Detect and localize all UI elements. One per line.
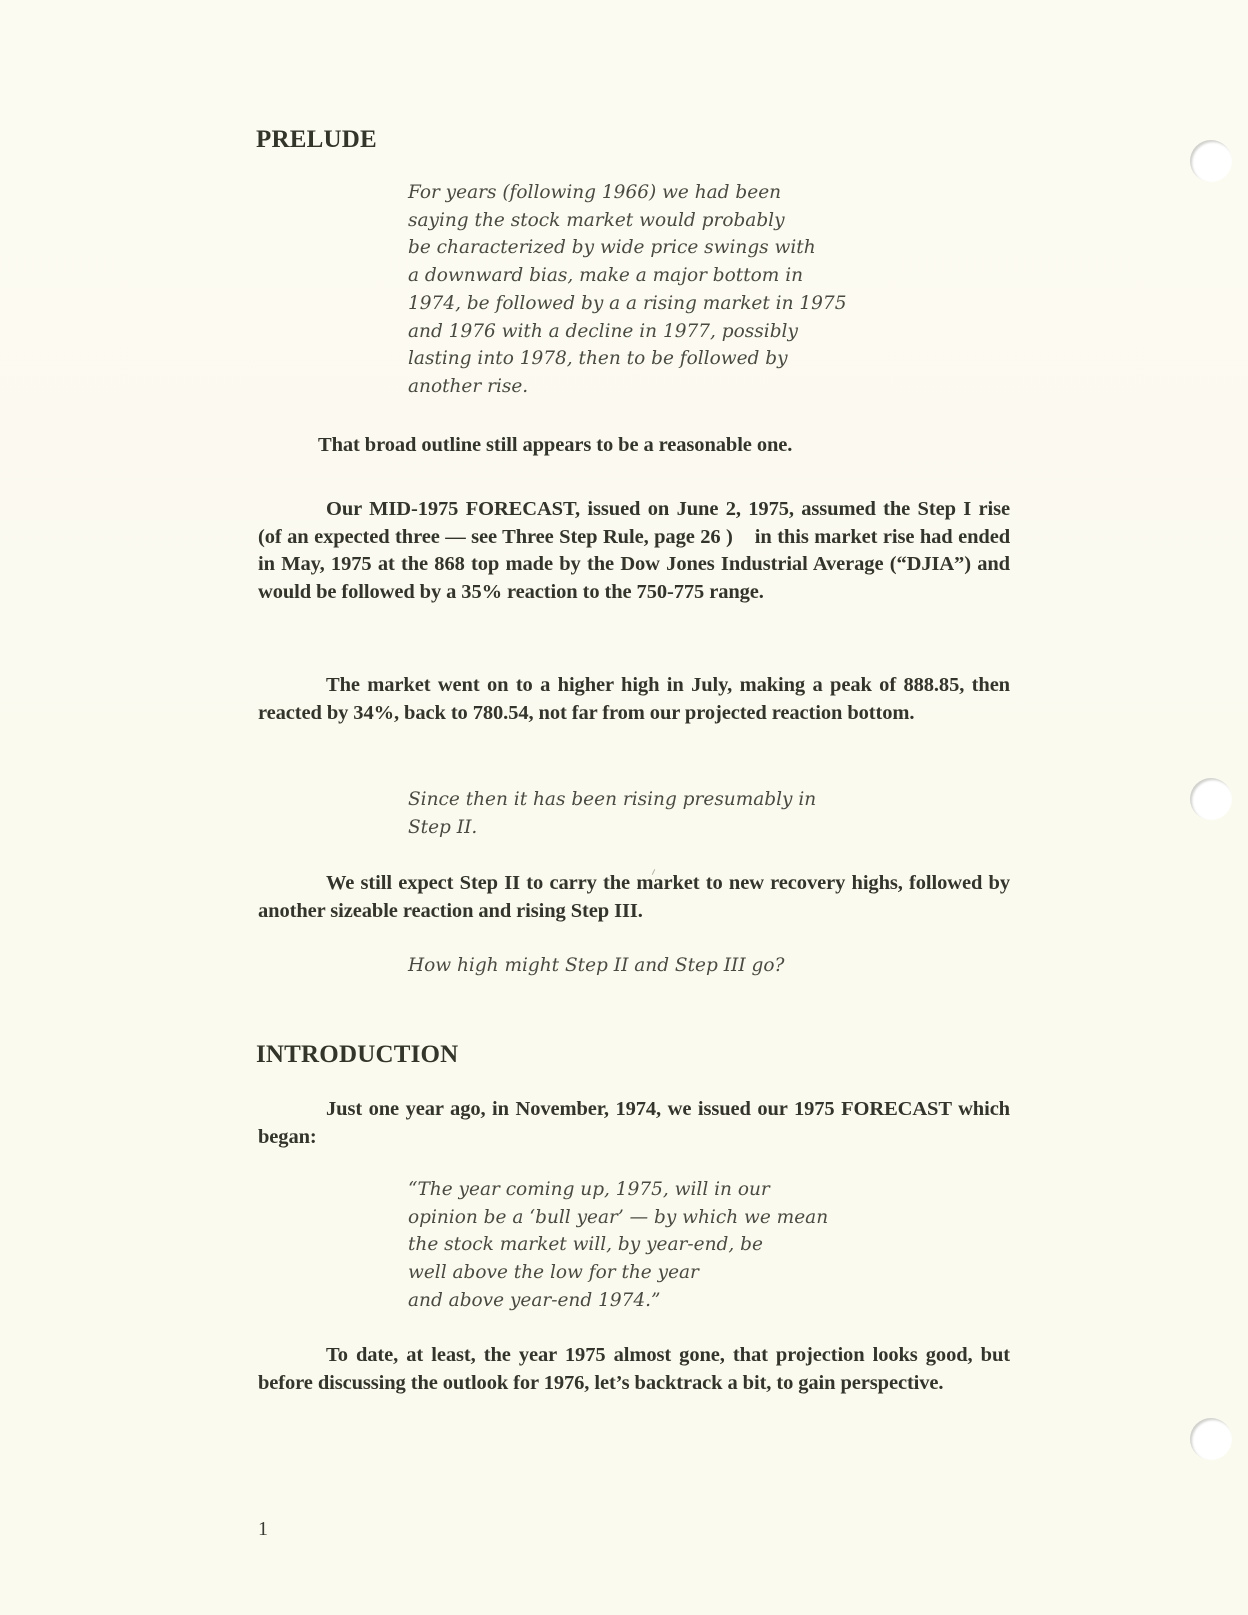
quote-line: For years (following 1966) we had been xyxy=(408,179,846,207)
document-page: PRELUDE For years (following 1966) we ha… xyxy=(0,0,1248,1615)
forecast-quote: “The year coming up, 1975, will in our o… xyxy=(408,1176,828,1315)
page-number: 1 xyxy=(258,1518,268,1541)
quote-line: and above year-end 1974.” xyxy=(408,1287,828,1315)
quote-line: and 1976 with a decline in 1977, possibl… xyxy=(408,318,846,346)
quote-line: saying the stock market would probably xyxy=(408,207,846,235)
quote-line: Step II. xyxy=(408,814,816,842)
introduction-opening-paragraph: Just one year ago, in November, 1974, we… xyxy=(258,1096,1010,1151)
step-question: How high might Step II and Step III go? xyxy=(408,952,784,980)
market-paragraph: The market went on to a higher high in J… xyxy=(258,672,1010,727)
quote-line: opinion be a ‘bull year’ — by which we m… xyxy=(408,1204,828,1232)
prelude-heading: PRELUDE xyxy=(256,126,377,154)
quote-line: the stock market will, by year-end, be xyxy=(408,1231,828,1259)
quote-line: “The year coming up, 1975, will in our xyxy=(408,1176,828,1204)
since-quote: Since then it has been rising presumably… xyxy=(408,786,816,841)
outline-sentence: That broad outline still appears to be a… xyxy=(318,432,792,460)
quote-line: lasting into 1978, then to be followed b… xyxy=(408,345,846,373)
quote-line: be characterized by wide price swings wi… xyxy=(408,234,846,262)
quote-line: 1974, be followed by a a rising market i… xyxy=(408,290,846,318)
binder-hole-middle xyxy=(1190,778,1232,820)
expect-paragraph: We still expect Step II to carry the mar… xyxy=(258,870,1010,925)
binder-hole-top xyxy=(1190,140,1232,182)
binder-hole-bottom xyxy=(1190,1418,1232,1460)
prelude-quote: For years (following 1966) we had been s… xyxy=(408,179,846,401)
quote-line: another rise. xyxy=(408,373,846,401)
introduction-closing-paragraph: To date, at least, the year 1975 almost … xyxy=(258,1342,1010,1397)
introduction-heading: INTRODUCTION xyxy=(256,1041,458,1069)
quote-line: a downward bias, make a major bottom in xyxy=(408,262,846,290)
question-line: How high might Step II and Step III go? xyxy=(408,952,784,980)
mid-forecast-paragraph: Our MID-1975 FORECAST, issued on June 2,… xyxy=(258,496,1010,607)
quote-line: Since then it has been rising presumably… xyxy=(408,786,816,814)
quote-line: well above the low for the year xyxy=(408,1259,828,1287)
